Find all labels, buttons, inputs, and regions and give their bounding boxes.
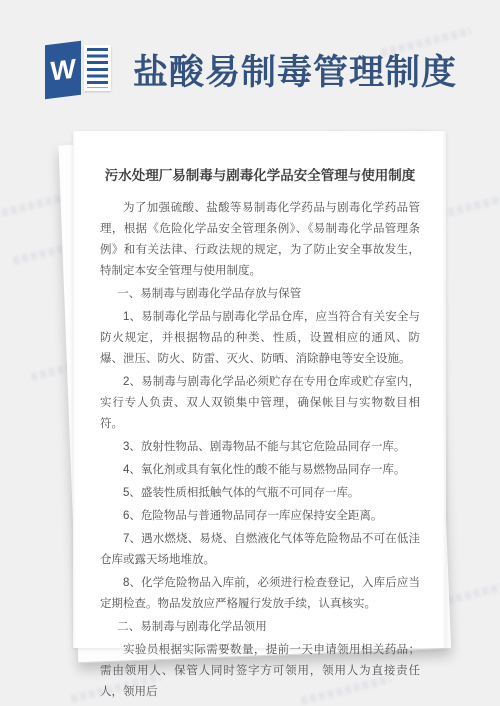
- word-flag-shape: W: [45, 41, 81, 99]
- header: W 盐酸易制毒管理制度: [0, 24, 500, 116]
- document-section-heading: 一、易制毒与剧毒化学品存放与保管: [100, 284, 420, 305]
- document-list-item: 1、易制毒化学品与剧毒化学品仓库，应当符合有关安全与防火规定，并根据物品的种类、…: [100, 307, 420, 370]
- document-title: 污水处理厂易制毒与剧毒化学品安全管理与使用制度: [100, 167, 420, 185]
- document-list-item: 5、盛装性质相抵触气体的气瓶不可同存一库。: [100, 483, 420, 504]
- word-icon-letter: W: [50, 55, 75, 85]
- word-icon: W: [43, 38, 113, 102]
- word-document-sheet-icon: [84, 45, 111, 91]
- word-document-lines: [87, 48, 108, 88]
- page-title: 盐酸易制毒管理制度: [133, 45, 457, 95]
- document-section-heading: 二、易制毒与剧毒化学品领用: [100, 617, 420, 638]
- document-list-item: 2、易制毒与剧毒化学品必须贮存在专用仓库或贮存室内，实行专人负责、双人双锁集中管…: [100, 372, 420, 435]
- document-paragraph: 实验员根据实际需要数量，提前一天申请领用相关药品；需由领用人、保管人同时签字方可…: [100, 640, 420, 703]
- document-list-item: 3、放射性物品、剧毒物品不能与其它危险品同存一库。: [100, 437, 420, 458]
- document-list-item: 4、氧化剂或具有氧化性的酸不能与易燃物品同存一库。: [100, 460, 420, 481]
- document-page-stack: 污水处理厂易制毒与剧毒化学品安全管理与使用制度 为了加强硫酸、盐酸等易制毒化学药…: [73, 131, 446, 648]
- document-list-item: 7、遇水燃烧、易烧、自燃液化气体等危险物品不可在低洼仓库或露天场地堆放。: [100, 529, 420, 571]
- document-list-item: 6、危险物品与普通物品同存一库应保持安全距离。: [100, 506, 420, 527]
- document-paragraph: 为了加强硫酸、盐酸等易制毒化学药品与剧毒化学药品管理，根据《危险化学品安全管理条…: [100, 198, 420, 282]
- document-page: 污水处理厂易制毒与剧毒化学品安全管理与使用制度 为了加强硫酸、盐酸等易制毒化学药…: [73, 131, 446, 648]
- document-list-item: 8、化学危险物品入库前，必须进行检查登记，入库后应当定期检查。物品发放应严格履行…: [100, 573, 420, 615]
